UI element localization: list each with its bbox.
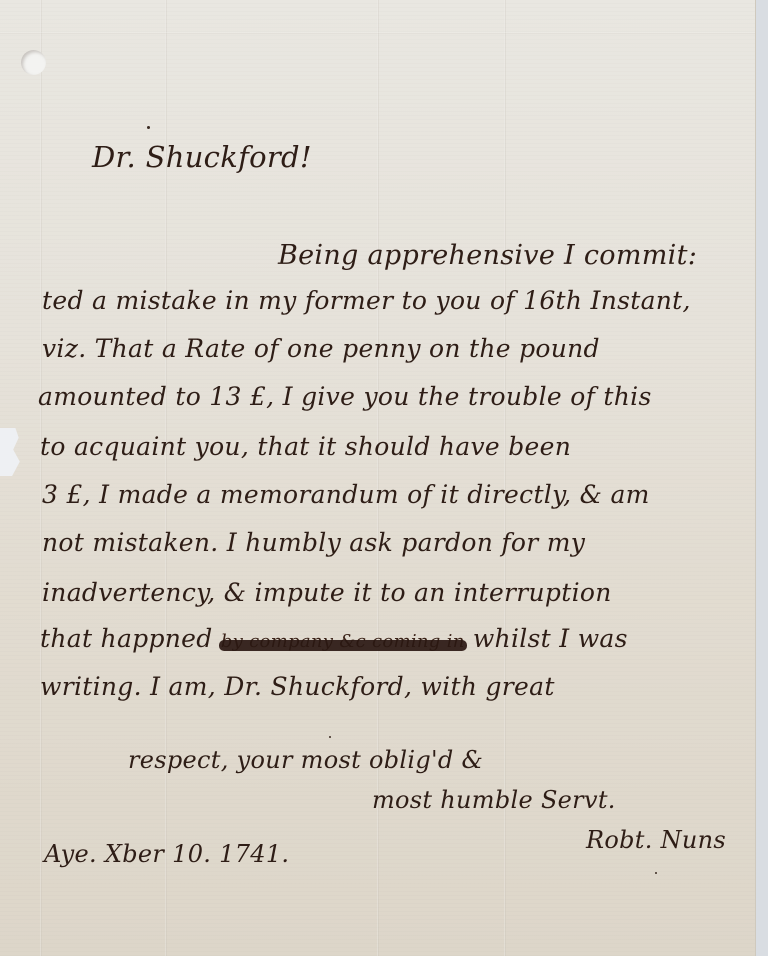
closing-line-2: most humble Servt. [372,786,616,814]
body-line-10: writing. I am, Dr. Shuckford, with great [40,672,555,701]
body-line-5: to acquaint you, that it should have bee… [40,432,571,461]
ink-speck [329,736,331,738]
salutation: Dr. Shuckford! [92,140,312,174]
body-line-9: that happned by company &c coming in whi… [40,624,628,653]
body-line-1: Being apprehensive I commit: [278,240,697,271]
paper-fold-line [0,32,755,34]
body-text: that happned [40,624,213,653]
closing-line-1: respect, your most oblig'd & [128,746,483,774]
struck-out-text: by company &c coming in [221,631,465,652]
body-line-8: inadvertency, & impute it to an interrup… [42,578,612,607]
body-text: whilst I was [473,624,628,653]
ink-speck [655,872,657,874]
body-line-6: 3 £, I made a memorandum of it directly,… [42,480,650,509]
body-line-4: amounted to 13 £, I give you the trouble… [38,382,652,411]
punch-hole [21,50,46,75]
body-line-7: not mistaken. I humbly ask pardon for my [42,528,585,557]
letter-page: Dr. Shuckford! Being apprehensive I comm… [0,0,755,956]
signature: Robt. Nuns [586,826,726,854]
paper-fold-line [40,0,42,956]
place-date: Aye. Xber 10. 1741. [44,840,289,868]
ink-speck [147,126,150,129]
torn-paper-edge [0,428,22,476]
body-line-3: viz. That a Rate of one penny on the pou… [42,334,600,363]
body-line-2: ted a mistake in my former to you of 16t… [42,286,691,315]
